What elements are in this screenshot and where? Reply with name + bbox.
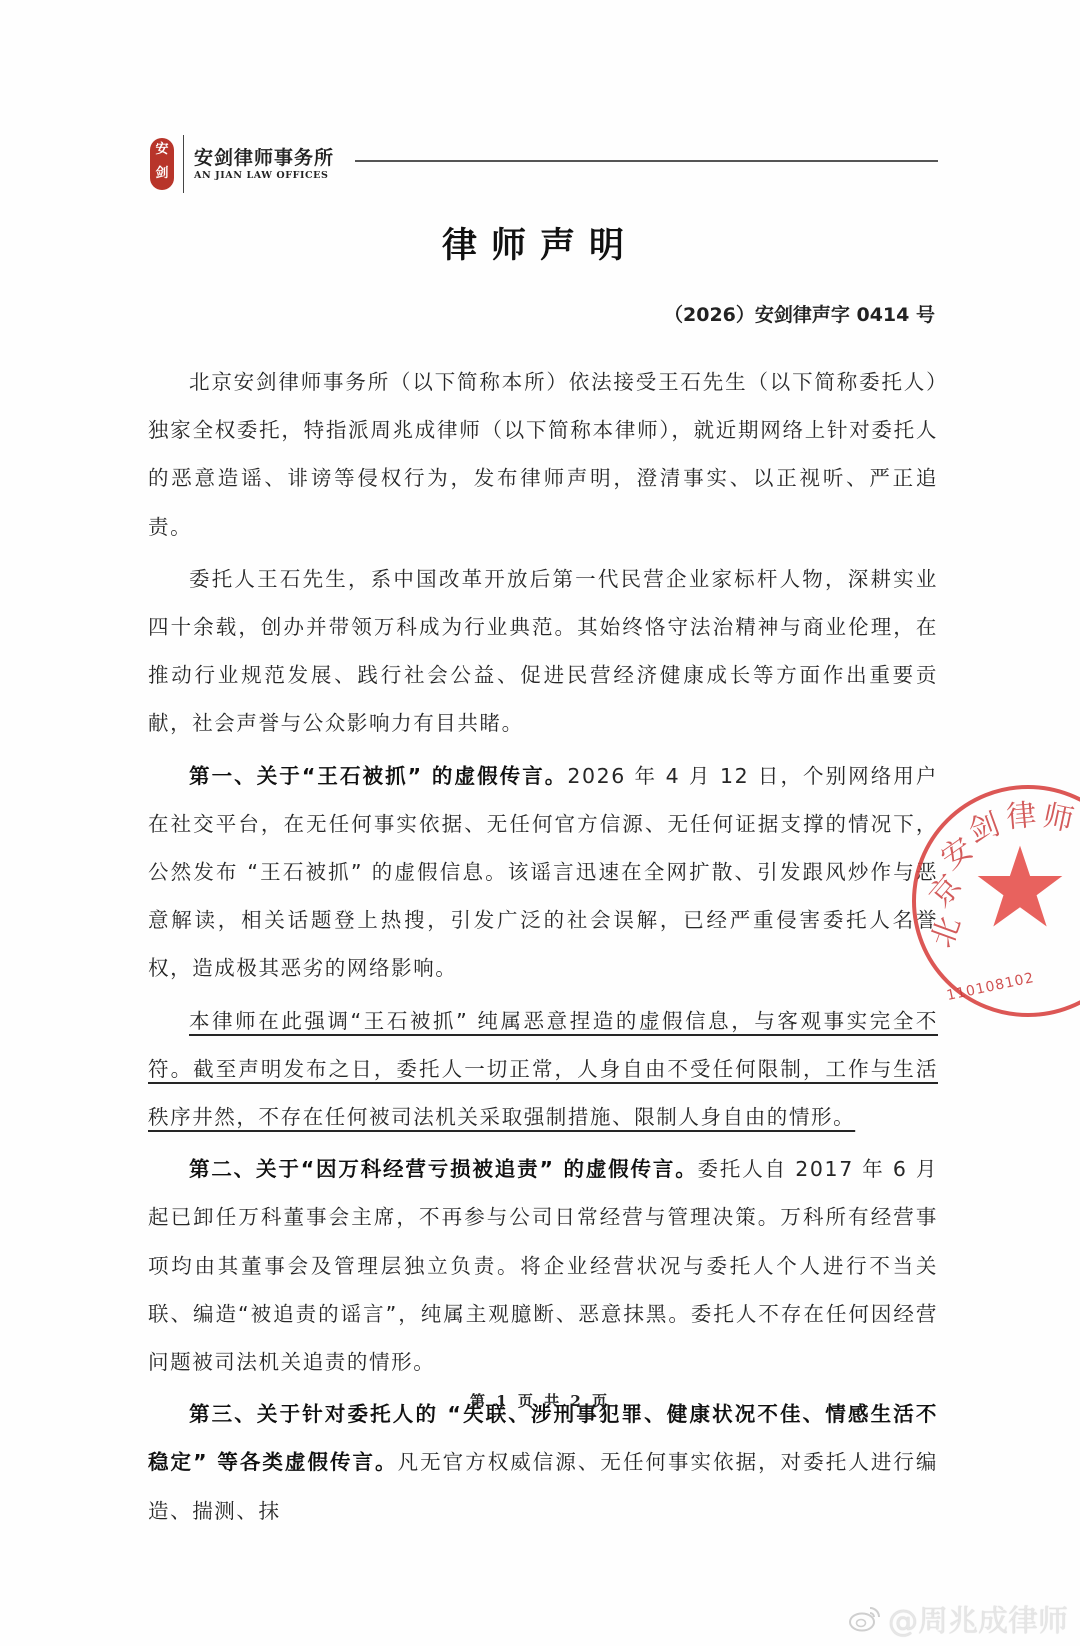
paragraph-client-profile: 委托人王石先生，系中国改革开放后第一代民营企业家标杆人物，深耕实业四十余载，创办… xyxy=(148,555,938,748)
weibo-icon xyxy=(848,1604,882,1632)
letterhead: 安 剑 安剑律师事务所 AN JIAN LAW OFFICES xyxy=(150,135,940,193)
firm-logo-seal: 安 剑 xyxy=(150,138,174,190)
paragraph-intro: 北京安剑律师事务所（以下简称本所）依法接受王石先生（以下简称委托人）独家全权委托… xyxy=(148,358,938,551)
paragraph-text: 北京安剑律师事务所（以下简称本所）依法接受王石先生（以下简称委托人）独家全权委托… xyxy=(148,370,938,539)
paragraph-point-3: 第三、关于针对委托人的 “失联、涉刑事犯罪、健康状况不佳、情感生活不稳定” 等各… xyxy=(148,1390,938,1535)
reference-number: （2026）安剑律声字 0414 号 xyxy=(664,300,935,327)
star-icon xyxy=(974,841,1066,933)
firm-name-cn: 安剑律师事务所 xyxy=(194,143,334,170)
watermark-handle: @周兆成律师 xyxy=(888,1596,1068,1640)
paragraph-text-underlined: 本律师在此强调“王石被抓” 纯属恶意捏造的虚假信息，与客观事实完全不符。截至声明… xyxy=(148,1009,938,1129)
paragraph-text: 委托人自 2017 年 6 月起已卸任万科董事会主席，不再参与公司日常经营与管理… xyxy=(148,1157,938,1374)
stamp-char: 律 xyxy=(1004,790,1038,836)
paragraph-emphasis: 本律师在此强调“王石被抓” 纯属恶意捏造的虚假信息，与客观事实完全不符。截至声明… xyxy=(148,997,938,1142)
stamp-code: 110108102 xyxy=(945,970,1036,1004)
firm-name-en: AN JIAN LAW OFFICES xyxy=(194,170,329,181)
document-page: 安 剑 安剑律师事务所 AN JIAN LAW OFFICES 律师声明 （20… xyxy=(0,0,1080,1646)
paragraph-text: 2026 年 4 月 12 日，个别网络用户在社交平台，在无任何事实依据、无任何… xyxy=(148,764,938,981)
document-body: 北京安剑律师事务所（以下简称本所）依法接受王石先生（以下简称委托人）独家全权委托… xyxy=(148,358,938,1539)
paragraph-point-2: 第二、关于“因万科经营亏损被追责” 的虚假传言。委托人自 2017 年 6 月起… xyxy=(148,1145,938,1386)
letterhead-divider xyxy=(183,135,184,193)
paragraph-lead: 第一、关于“王石被抓” 的虚假传言。 xyxy=(189,764,567,788)
stamp-char: 剑 xyxy=(961,799,1004,851)
paragraph-lead: 第二、关于“因万科经营亏损被追责” 的虚假传言。 xyxy=(189,1157,698,1181)
letterhead-rule xyxy=(355,160,938,162)
paragraph-text: 委托人王石先生，系中国改革开放后第一代民营企业家标杆人物，深耕实业四十余载，创办… xyxy=(148,567,938,736)
page-number: 第 1 页 共 2 页 xyxy=(0,1390,1080,1411)
weibo-watermark: @周兆成律师 xyxy=(848,1596,1068,1640)
logo-glyph: 安 xyxy=(150,138,174,162)
logo-glyph: 剑 xyxy=(150,162,174,186)
stamp-char: 事 xyxy=(1073,801,1080,854)
stamp-char: 师 xyxy=(1040,790,1078,839)
paragraph-point-1: 第一、关于“王石被抓” 的虚假传言。2026 年 4 月 12 日，个别网络用户… xyxy=(148,752,938,993)
document-title: 律师声明 xyxy=(0,218,1080,268)
